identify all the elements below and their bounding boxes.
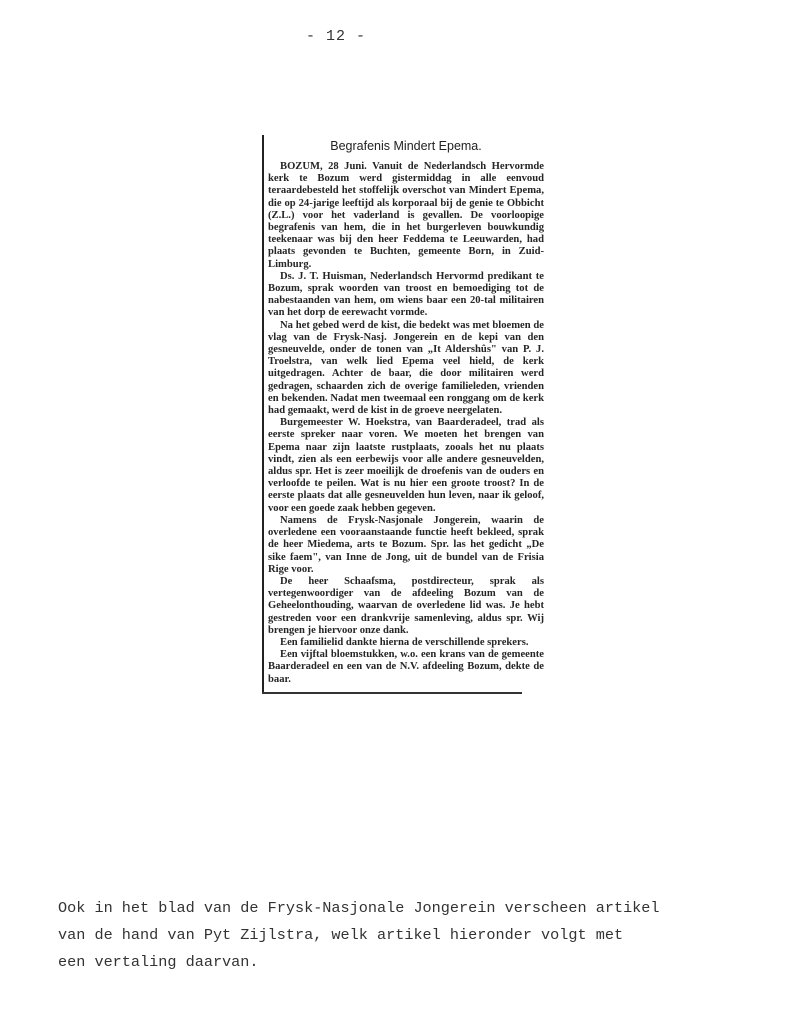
newspaper-clipping: Begrafenis Mindert Epema. BOZUM, 28 Juni…	[262, 135, 544, 694]
clipping-paragraph: Een vijftal bloemstukken, w.o. een krans…	[268, 649, 544, 686]
clipping-paragraph: Een familielid dankte hierna de verschil…	[268, 637, 544, 649]
typed-line: Ook in het blad van de Frysk-Nasjonale J…	[58, 895, 778, 922]
typed-line: van de hand van Pyt Zijlstra, welk artik…	[58, 922, 778, 949]
page-number: - 12 -	[306, 28, 366, 45]
clipping-title: Begrafenis Mindert Epema.	[268, 139, 544, 153]
clipping-paragraph: BOZUM, 28 Juni. Vanuit de Nederlandsch H…	[268, 161, 544, 271]
clipping-bottom-rule	[262, 692, 522, 694]
clipping-paragraph: De heer Schaafsma, postdirecteur, sprak …	[268, 576, 544, 637]
clipping-body: BOZUM, 28 Juni. Vanuit de Nederlandsch H…	[268, 161, 544, 686]
clipping-paragraph: Ds. J. T. Huisman, Nederlandsch Hervormd…	[268, 271, 544, 320]
typed-line: een vertaling daarvan.	[58, 949, 778, 976]
clipping-paragraph: Na het gebed werd de kist, die bedekt wa…	[268, 320, 544, 418]
clipping-paragraph: Namens de Frysk-Nasjonale Jongerein, waa…	[268, 515, 544, 576]
clipping-paragraph: Burgemeester W. Hoekstra, van Baarderade…	[268, 417, 544, 515]
typed-paragraph: Ook in het blad van de Frysk-Nasjonale J…	[58, 895, 778, 976]
